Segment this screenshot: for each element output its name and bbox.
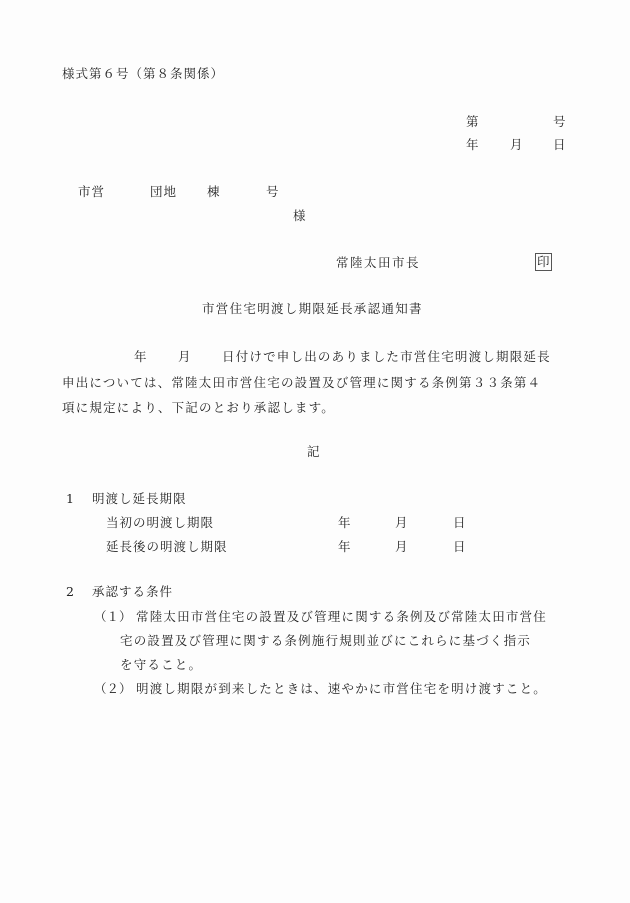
form-number: 様式第６号（第８条関係） xyxy=(62,68,224,81)
issue-month-label: 月 xyxy=(510,139,523,152)
extended-deadline-month: 月 xyxy=(395,541,408,554)
original-deadline-label: 当初の明渡し期限 xyxy=(106,517,214,530)
issue-year-label: 年 xyxy=(466,139,479,152)
condition-2-marker: （２） xyxy=(94,683,132,696)
doc-number-suffix: 号 xyxy=(553,116,566,129)
condition-2-line-1: 明渡し期限が到来したときは、速やかに市営住宅を明け渡すこと。 xyxy=(136,683,547,696)
condition-1-line-2: 宅の設置及び管理に関する条例施行規則並びにこれらに基づく指示 xyxy=(120,635,531,648)
section-2-number: 2 xyxy=(66,586,74,599)
document-title: 市営住宅明渡し期限延長承認通知書 xyxy=(202,303,423,316)
issue-day-label: 日 xyxy=(553,139,566,152)
addressee-unit: 号 xyxy=(266,186,279,199)
condition-1-line-1: 常陸太田市営住宅の設置及び管理に関する条例及び常陸太田市営住 xyxy=(136,611,547,624)
section-1-heading: 明渡し延長期限 xyxy=(92,493,187,506)
section-2-heading: 承認する条件 xyxy=(92,586,173,599)
section-1-number: 1 xyxy=(66,493,74,506)
body-line-3: 項に規定により、下記のとおり承認します。 xyxy=(62,402,335,415)
extended-deadline-year: 年 xyxy=(338,541,351,554)
body-line-1: 日付けで申し出のありました市営住宅明渡し期限延長 xyxy=(222,351,551,364)
seal-icon: 印 xyxy=(535,253,552,271)
seal-mark: 印 xyxy=(535,253,552,271)
sender-title: 常陸太田市長 xyxy=(336,257,420,270)
extended-deadline-day: 日 xyxy=(453,541,466,554)
body-date-month: 月 xyxy=(178,351,191,364)
original-deadline-year: 年 xyxy=(338,517,351,530)
ki-heading: 記 xyxy=(307,446,320,459)
doc-number-prefix: 第 xyxy=(466,116,479,129)
addressee-honorific: 様 xyxy=(293,210,306,223)
addressee-complex: 団地 xyxy=(150,186,177,199)
body-date-year: 年 xyxy=(134,351,147,364)
original-deadline-month: 月 xyxy=(395,517,408,530)
addressee-building: 棟 xyxy=(207,186,220,199)
addressee-city-housing: 市営 xyxy=(78,186,105,199)
condition-1-line-3: を守ること。 xyxy=(120,659,202,672)
body-line-2: 申出については、常陸太田市営住宅の設置及び管理に関する条例第３３条第４ xyxy=(62,377,541,390)
extended-deadline-label: 延長後の明渡し期限 xyxy=(106,541,228,554)
condition-1-marker: （１） xyxy=(94,611,132,624)
original-deadline-day: 日 xyxy=(453,517,466,530)
